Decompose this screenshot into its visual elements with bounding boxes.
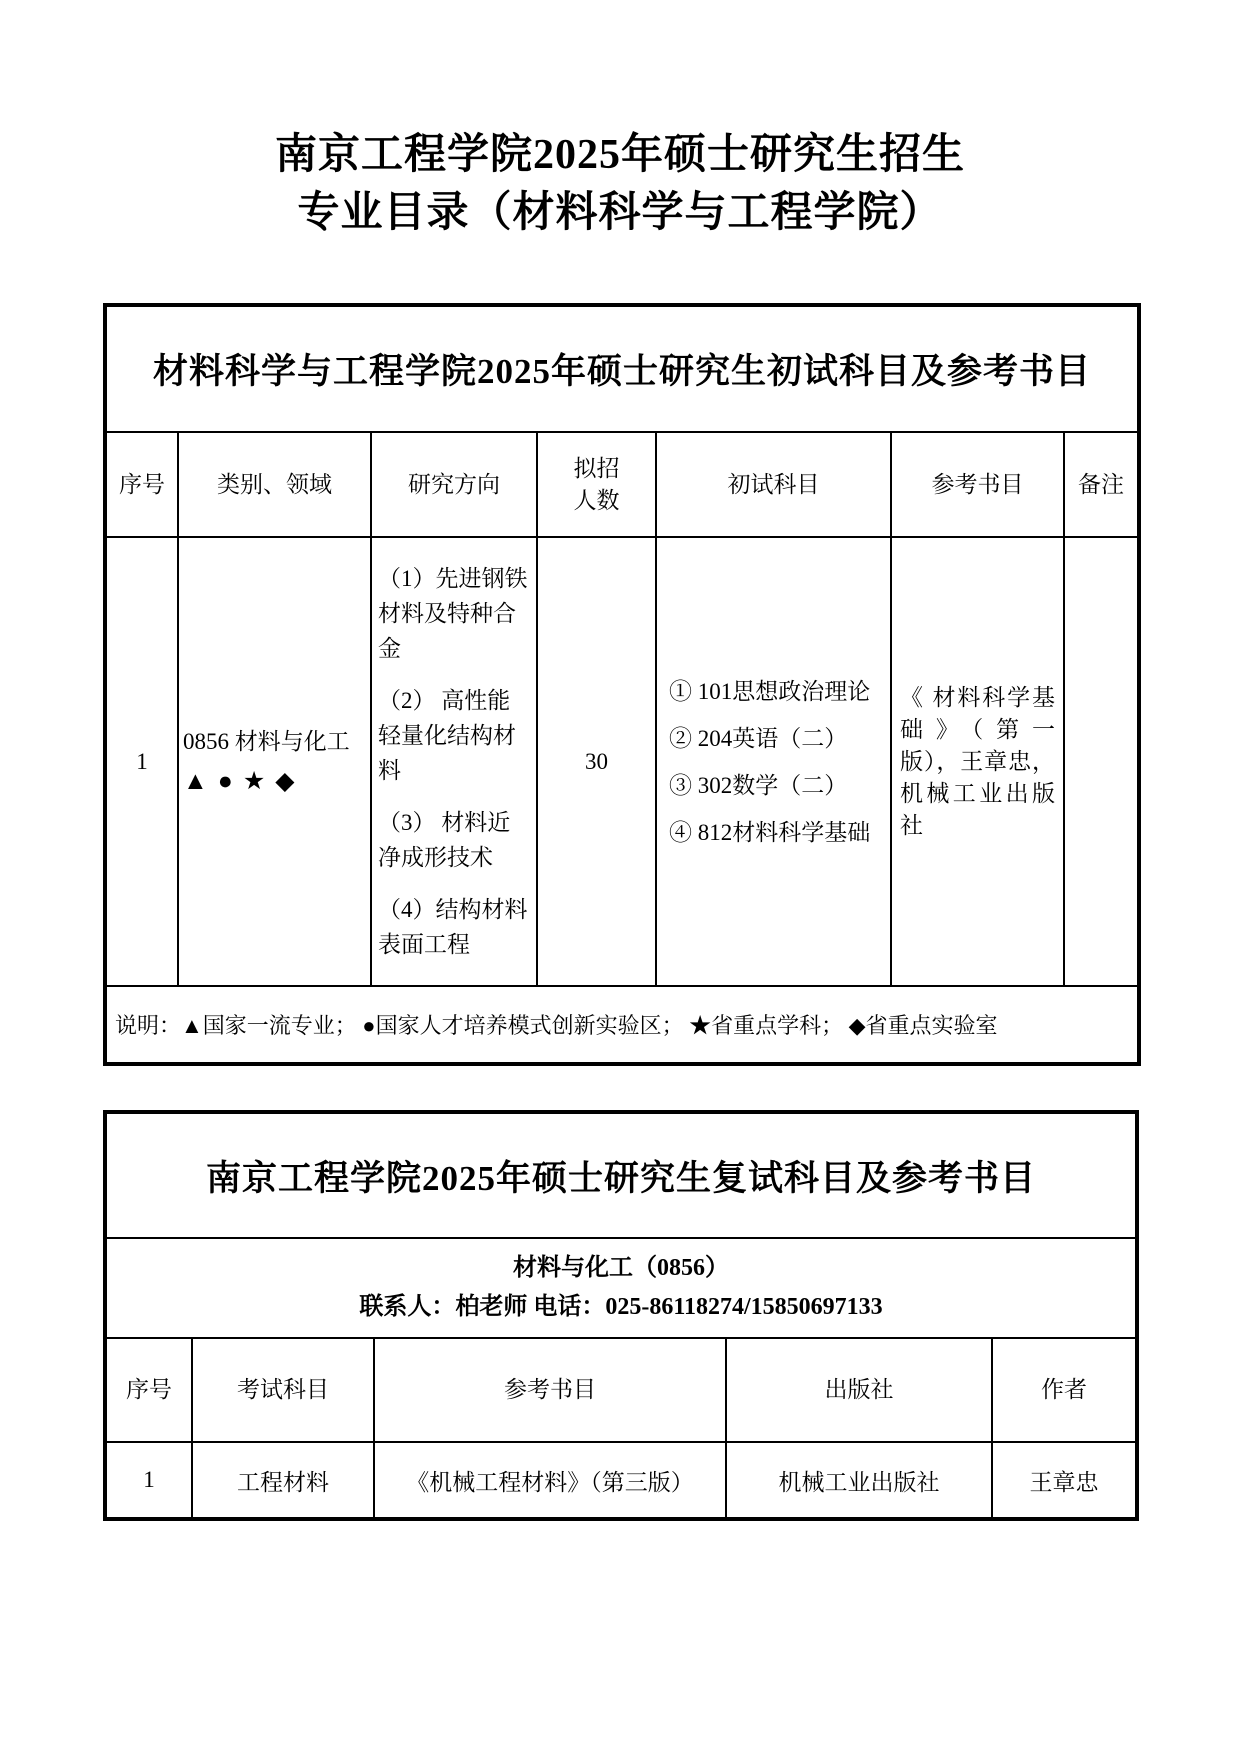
col-header-exam-subject: 考试科目 [192, 1338, 374, 1442]
subject-item: ② 204英语（二） [669, 722, 886, 755]
cell-subjects: ① 101思想政治理论 ② 204英语（二） ③ 302数学（二） ④ 812材… [656, 537, 891, 986]
direction-item: （3） 材料近净成形技术 [378, 805, 530, 875]
subject-item: ③ 302数学（二） [669, 769, 886, 802]
direction-item: （1）先进钢铁材料及特种合金 [378, 561, 530, 666]
first-exam-table: 材料科学与工程学院2025年硕士研究生初试科目及参考书目 序号 类别、领域 研究… [103, 303, 1141, 1066]
note-row: 说明：▲国家一流专业； ●国家人才培养模式创新实验区； ★省重点学科； ◆省重点… [105, 986, 1139, 1064]
retest-table: 南京工程学院2025年硕士研究生复试科目及参考书目 材料与化工（0856） 联系… [103, 1110, 1139, 1521]
category-code: 0856 材料与化工 [183, 722, 368, 762]
col-header-publisher: 出版社 [726, 1338, 992, 1442]
table-row: 1 工程材料 《机械工程材料》（第三版） 机械工业出版社 王章忠 [105, 1442, 1137, 1519]
retest-contact-line: 联系人：柏老师 电话：025-86118274/15850697133 [107, 1288, 1135, 1327]
retest-table-subheader-row: 材料与化工（0856） 联系人：柏老师 电话：025-86118274/1585… [105, 1238, 1137, 1338]
first-exam-table-header-row: 序号 类别、领域 研究方向 拟招 人数 初试科目 参考书目 备注 [105, 432, 1139, 537]
table-row: 1 0856 材料与化工 ▲●★◆ （1）先进钢铁材料及特种合金 （2） 高性能… [105, 537, 1139, 986]
first-exam-table-title: 材料科学与工程学院2025年硕士研究生初试科目及参考书目 [105, 305, 1139, 432]
document-title-line1: 南京工程学院2025年硕士研究生招生 [0, 126, 1240, 184]
cell-remark [1064, 537, 1139, 986]
col-header-remark: 备注 [1064, 432, 1139, 537]
cell-quota: 30 [537, 537, 656, 986]
cell-directions: （1）先进钢铁材料及特种合金 （2） 高性能轻量化结构材料 （3） 材料近净成形… [371, 537, 537, 986]
cell-author: 王章忠 [992, 1442, 1137, 1519]
cell-reference: 《 材料科学基础》（第一版），王章忠，机械工业出版社 [891, 537, 1064, 986]
first-exam-table-title-row: 材料科学与工程学院2025年硕士研究生初试科目及参考书目 [105, 305, 1139, 432]
retest-table-title-row: 南京工程学院2025年硕士研究生复试科目及参考书目 [105, 1112, 1137, 1238]
subject-item: ① 101思想政治理论 [669, 675, 886, 708]
direction-item: （2） 高性能轻量化结构材料 [378, 683, 530, 788]
col-header-subjects: 初试科目 [656, 432, 891, 537]
cell-reference: 《机械工程材料》（第三版） [374, 1442, 726, 1519]
document-title-line2: 专业目录（材料科学与工程学院） [0, 184, 1240, 242]
retest-major-line: 材料与化工（0856） [107, 1249, 1135, 1288]
cell-seq: 1 [105, 1442, 192, 1519]
legend-note: 说明：▲国家一流专业； ●国家人才培养模式创新实验区； ★省重点学科； ◆省重点… [105, 986, 1139, 1064]
col-header-author: 作者 [992, 1338, 1137, 1442]
col-header-category: 类别、领域 [178, 432, 371, 537]
cell-publisher: 机械工业出版社 [726, 1442, 992, 1519]
col-header-reference: 参考书目 [891, 432, 1064, 537]
col-header-reference: 参考书目 [374, 1338, 726, 1442]
direction-item: （4）结构材料表面工程 [378, 892, 530, 962]
retest-subheader: 材料与化工（0856） 联系人：柏老师 电话：025-86118274/1585… [105, 1238, 1137, 1338]
category-symbols: ▲●★◆ [183, 762, 368, 802]
col-header-seq: 序号 [105, 432, 178, 537]
col-header-directions: 研究方向 [371, 432, 537, 537]
retest-table-header-row: 序号 考试科目 参考书目 出版社 作者 [105, 1338, 1137, 1442]
retest-table-title: 南京工程学院2025年硕士研究生复试科目及参考书目 [105, 1112, 1137, 1238]
cell-category: 0856 材料与化工 ▲●★◆ [178, 537, 371, 986]
document-title: 南京工程学院2025年硕士研究生招生 专业目录（材料科学与工程学院） [0, 126, 1240, 242]
cell-exam-subject: 工程材料 [192, 1442, 374, 1519]
col-header-seq: 序号 [105, 1338, 192, 1442]
subject-item: ④ 812材料科学基础 [669, 816, 886, 849]
col-header-quota: 拟招 人数 [537, 432, 656, 537]
cell-seq: 1 [105, 537, 178, 986]
